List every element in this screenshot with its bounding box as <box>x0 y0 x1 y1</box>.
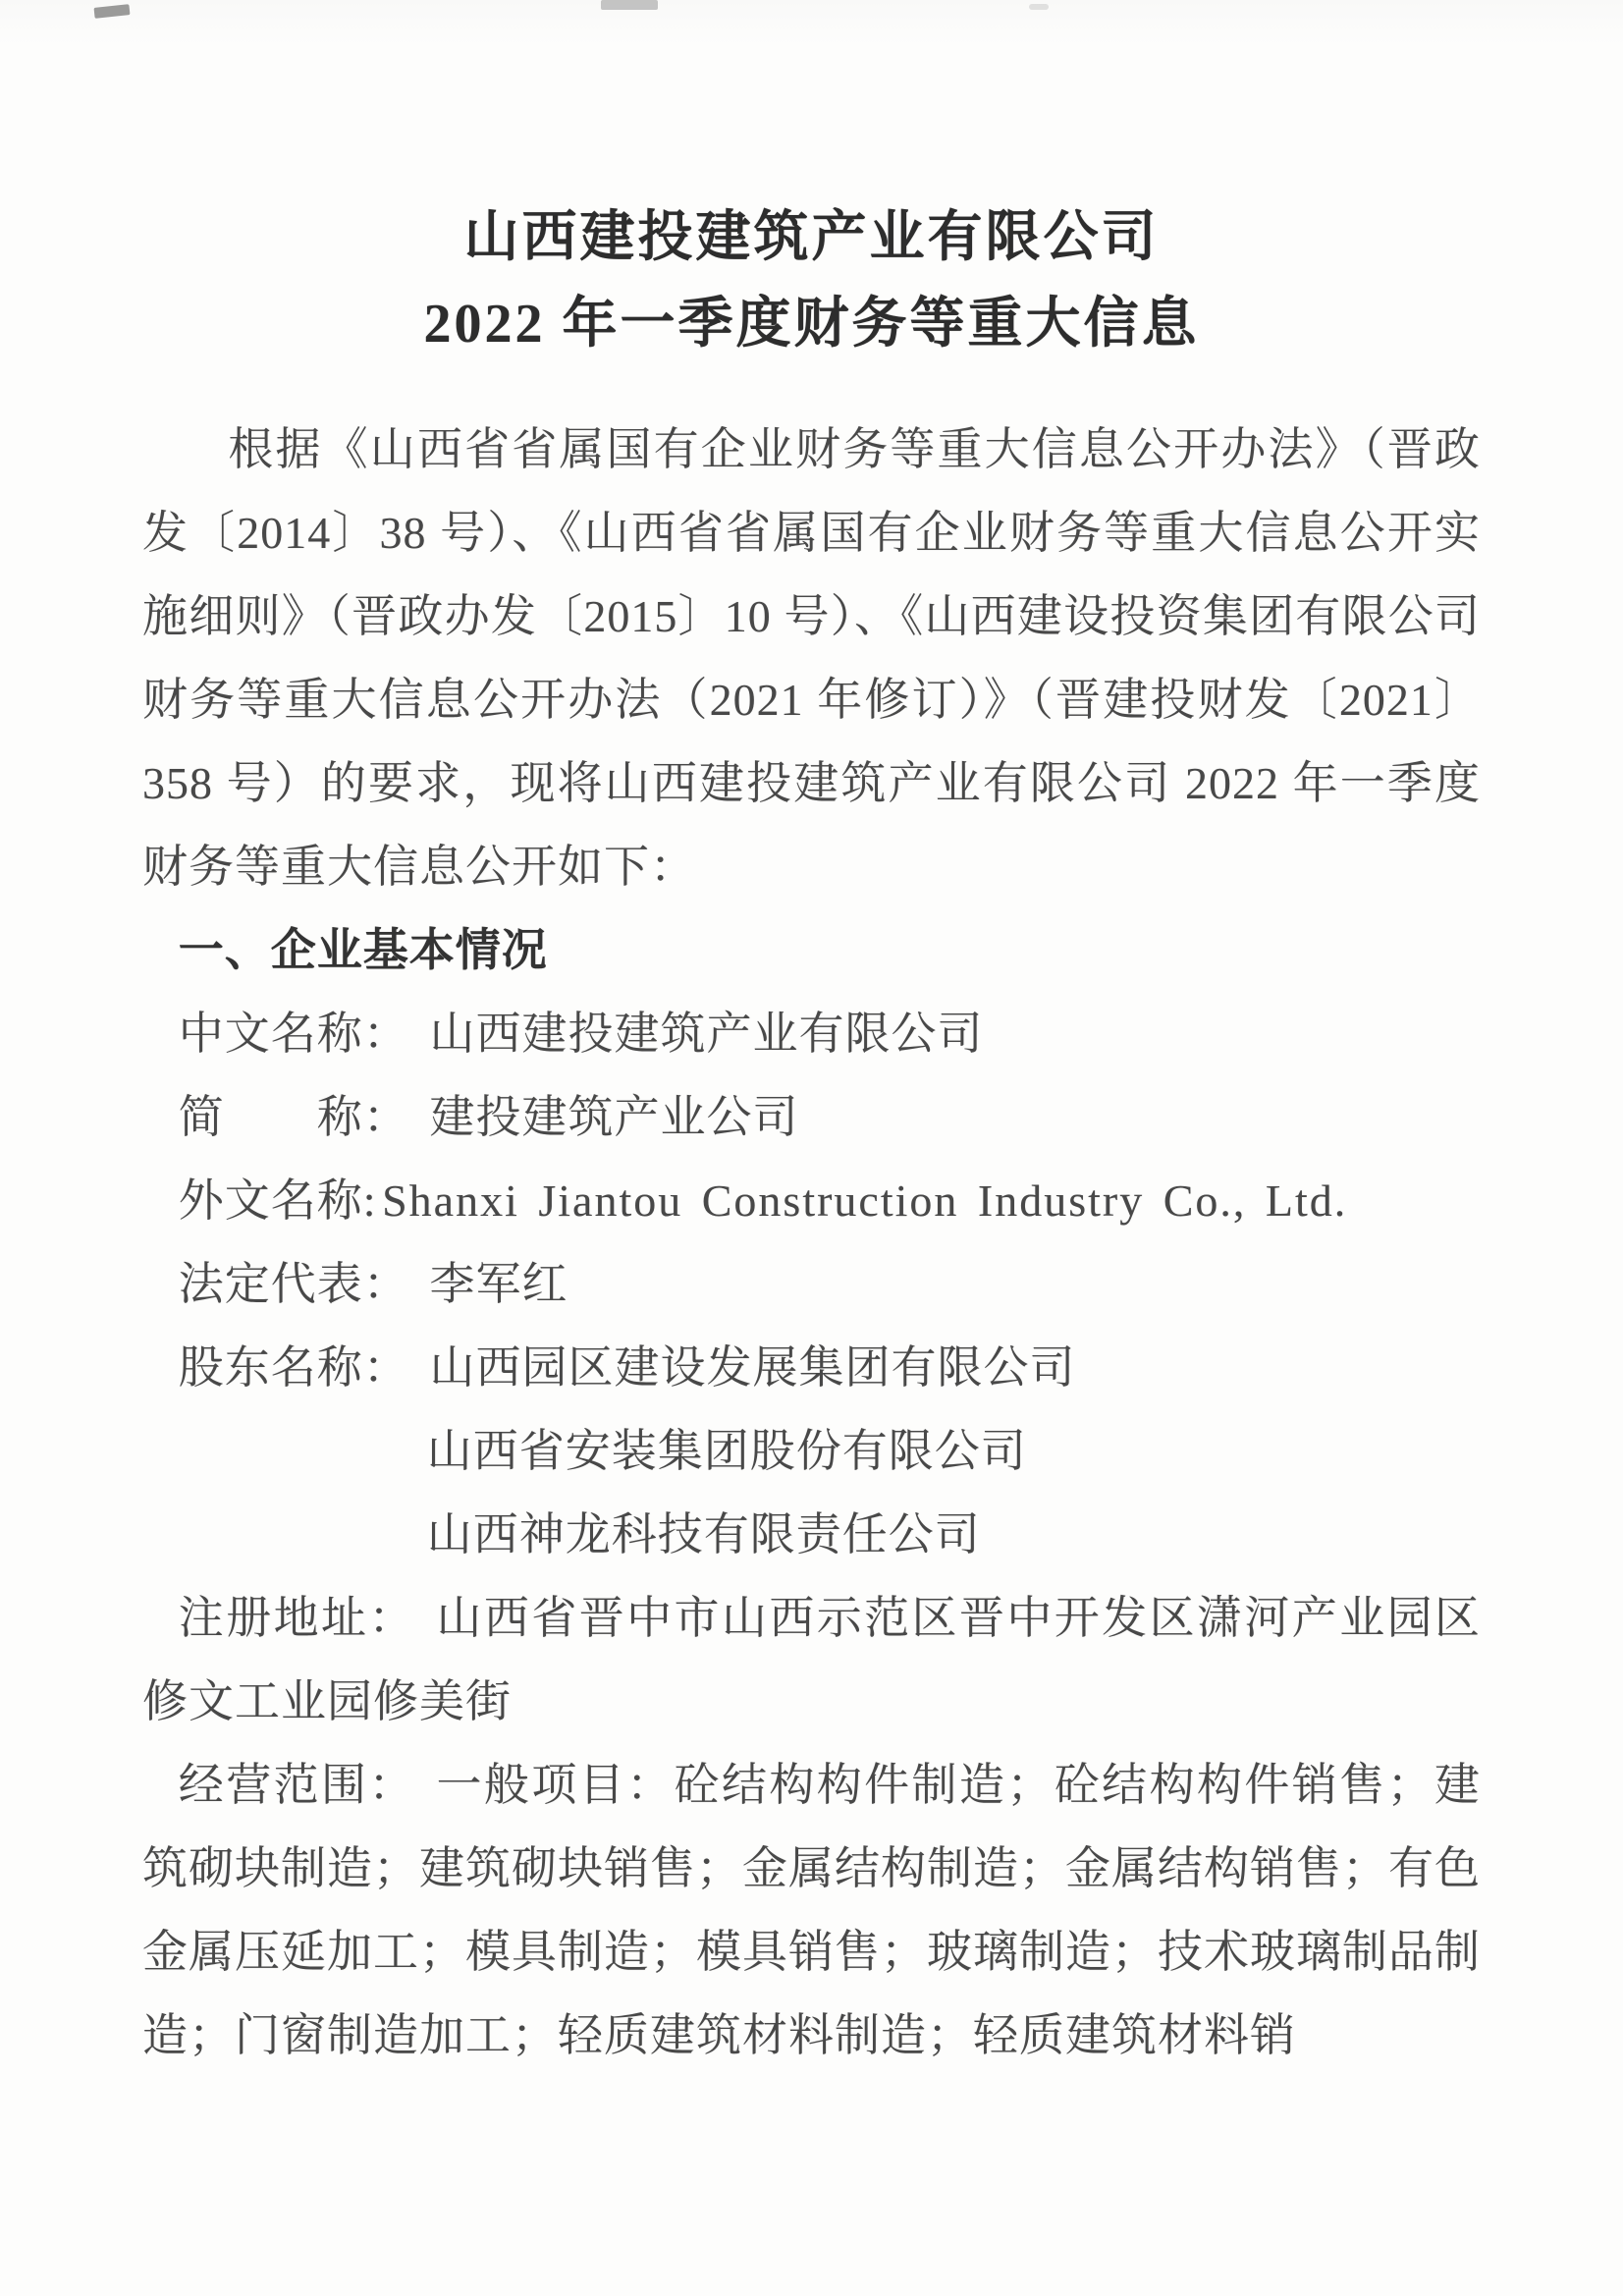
document-title-line2: 2022 年一季度财务等重大信息 <box>142 281 1481 367</box>
document-content: 山西建投建筑产业有限公司 2022 年一季度财务等重大信息 根据《山西省省属国有… <box>0 0 1623 2077</box>
field-shareholders: 股东名称：山西园区建设发展集团有限公司 <box>142 1326 1481 1409</box>
field-short-name: 简 称：建投建筑产业公司 <box>142 1075 1481 1159</box>
scan-artifact-mark <box>601 0 658 10</box>
document-title-line1: 山西建投建筑产业有限公司 <box>142 194 1481 281</box>
field-label: 中文名称： <box>179 1009 409 1059</box>
field-value: 建投建筑产业公司 <box>429 1092 798 1142</box>
field-value: Shanxi Jiantou Construction Industry Co.… <box>382 1175 1347 1226</box>
field-english-name: 外文名称:Shanxi Jiantou Construction Industr… <box>142 1159 1481 1242</box>
field-label: 股东名称： <box>179 1342 409 1393</box>
document-title-block: 山西建投建筑产业有限公司 2022 年一季度财务等重大信息 <box>142 0 1481 367</box>
section-heading-basic-info: 一、企业基本情况 <box>142 908 1481 992</box>
field-label: 简 称： <box>179 1092 409 1142</box>
scan-artifact-mark <box>1029 4 1049 10</box>
field-value: 山西建投建筑产业有限公司 <box>429 1009 983 1059</box>
field-value: 山西园区建设发展集团有限公司 <box>429 1342 1075 1393</box>
shareholder-line-2: 山西省安装集团股份有限公司 <box>142 1409 1481 1493</box>
field-label: 注册地址： <box>179 1593 416 1643</box>
shareholder-line-3: 山西神龙科技有限责任公司 <box>142 1493 1481 1576</box>
intro-paragraph: 根据《山西省省属国有企业财务等重大信息公开办法》（晋政发〔2014〕38 号）、… <box>142 408 1481 908</box>
field-label: 经营范围： <box>179 1760 416 1810</box>
field-chinese-name: 中文名称：山西建投建筑产业有限公司 <box>142 992 1481 1075</box>
field-registered-address: 注册地址：山西省晋中市山西示范区晋中开发区潇河产业园区修文工业园修美街 <box>142 1576 1481 1743</box>
field-business-scope: 经营范围：一般项目：砼结构构件制造；砼结构构件销售；建筑砌块制造；建筑砌块销售；… <box>142 1743 1481 2077</box>
field-label: 外文名称: <box>179 1175 377 1226</box>
field-value: 李军红 <box>429 1259 568 1309</box>
field-legal-representative: 法定代表：李军红 <box>142 1242 1481 1326</box>
field-label: 法定代表： <box>179 1259 409 1309</box>
scanned-document-page: 山西建投建筑产业有限公司 2022 年一季度财务等重大信息 根据《山西省省属国有… <box>0 0 1623 2296</box>
